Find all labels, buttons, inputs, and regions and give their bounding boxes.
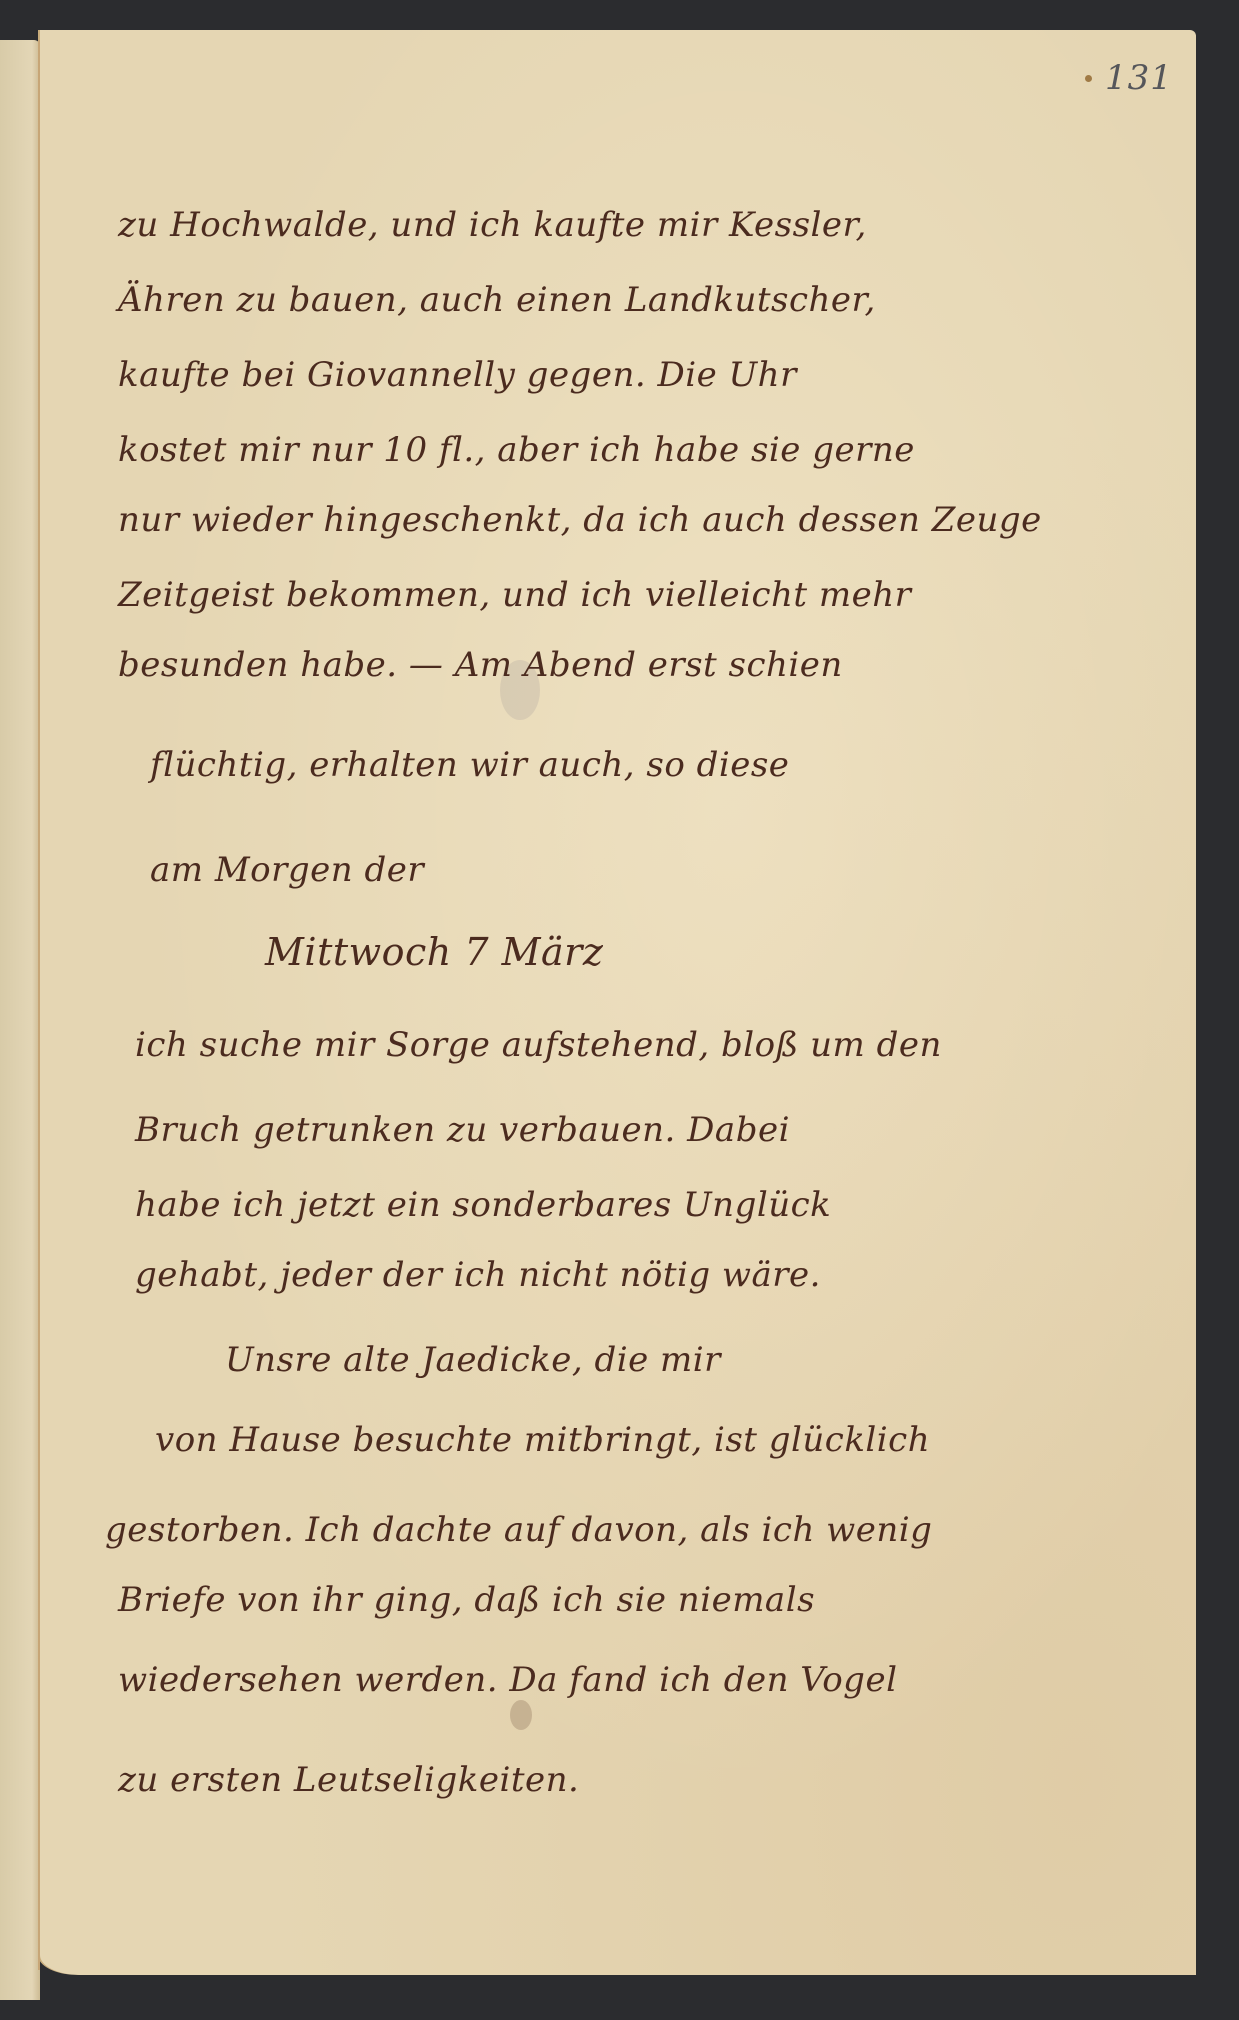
text-line: von Hause besuchte mitbringt, ist glückl… xyxy=(155,1420,930,1460)
text-line: nur wieder hingeschenkt, da ich auch des… xyxy=(118,500,1042,540)
text-line: habe ich jetzt ein sonderbares Unglück xyxy=(135,1185,831,1225)
text-line: gehabt, jeder der ich nicht nötig wäre. xyxy=(135,1255,821,1295)
text-line: Briefe von ihr ging, daß ich sie niemals xyxy=(118,1580,815,1620)
text-line: gestorben. Ich dachte auf davon, als ich… xyxy=(105,1510,932,1550)
text-line: flüchtig, erhalten wir auch, so diese xyxy=(150,745,789,785)
text-line: am Morgen der xyxy=(150,850,424,890)
text-line: Unsre alte Jaedicke, die mir xyxy=(225,1340,721,1380)
gutter-fold xyxy=(38,40,40,1970)
text-line: zu ersten Leutseligkeiten. xyxy=(118,1760,579,1800)
text-line: Ähren zu bauen, auch einen Landkutscher, xyxy=(118,280,876,320)
text-line: kostet mir nur 10 fl., aber ich habe sie… xyxy=(118,430,915,470)
text-line: ich suche mir Sorge aufstehend, bloß um … xyxy=(135,1025,942,1065)
folio-dot xyxy=(1085,75,1092,82)
facing-page-edge xyxy=(0,40,40,2000)
text-line: besunden habe. — Am Abend erst schien xyxy=(118,645,843,685)
text-line: zu Hochwalde, und ich kaufte mir Kessler… xyxy=(118,205,867,245)
entry-date-heading: Mittwoch 7 März xyxy=(265,930,603,974)
text-line: Bruch getrunken zu verbauen. Dabei xyxy=(135,1110,790,1150)
text-line: wiedersehen werden. Da fand ich den Voge… xyxy=(118,1660,897,1700)
ink-stain xyxy=(510,1700,532,1730)
text-line: kaufte bei Giovannelly gegen. Die Uhr xyxy=(118,355,797,395)
text-line: Zeitgeist bekommen, und ich vielleicht m… xyxy=(118,575,911,615)
folio-number: 131 xyxy=(1105,58,1173,98)
